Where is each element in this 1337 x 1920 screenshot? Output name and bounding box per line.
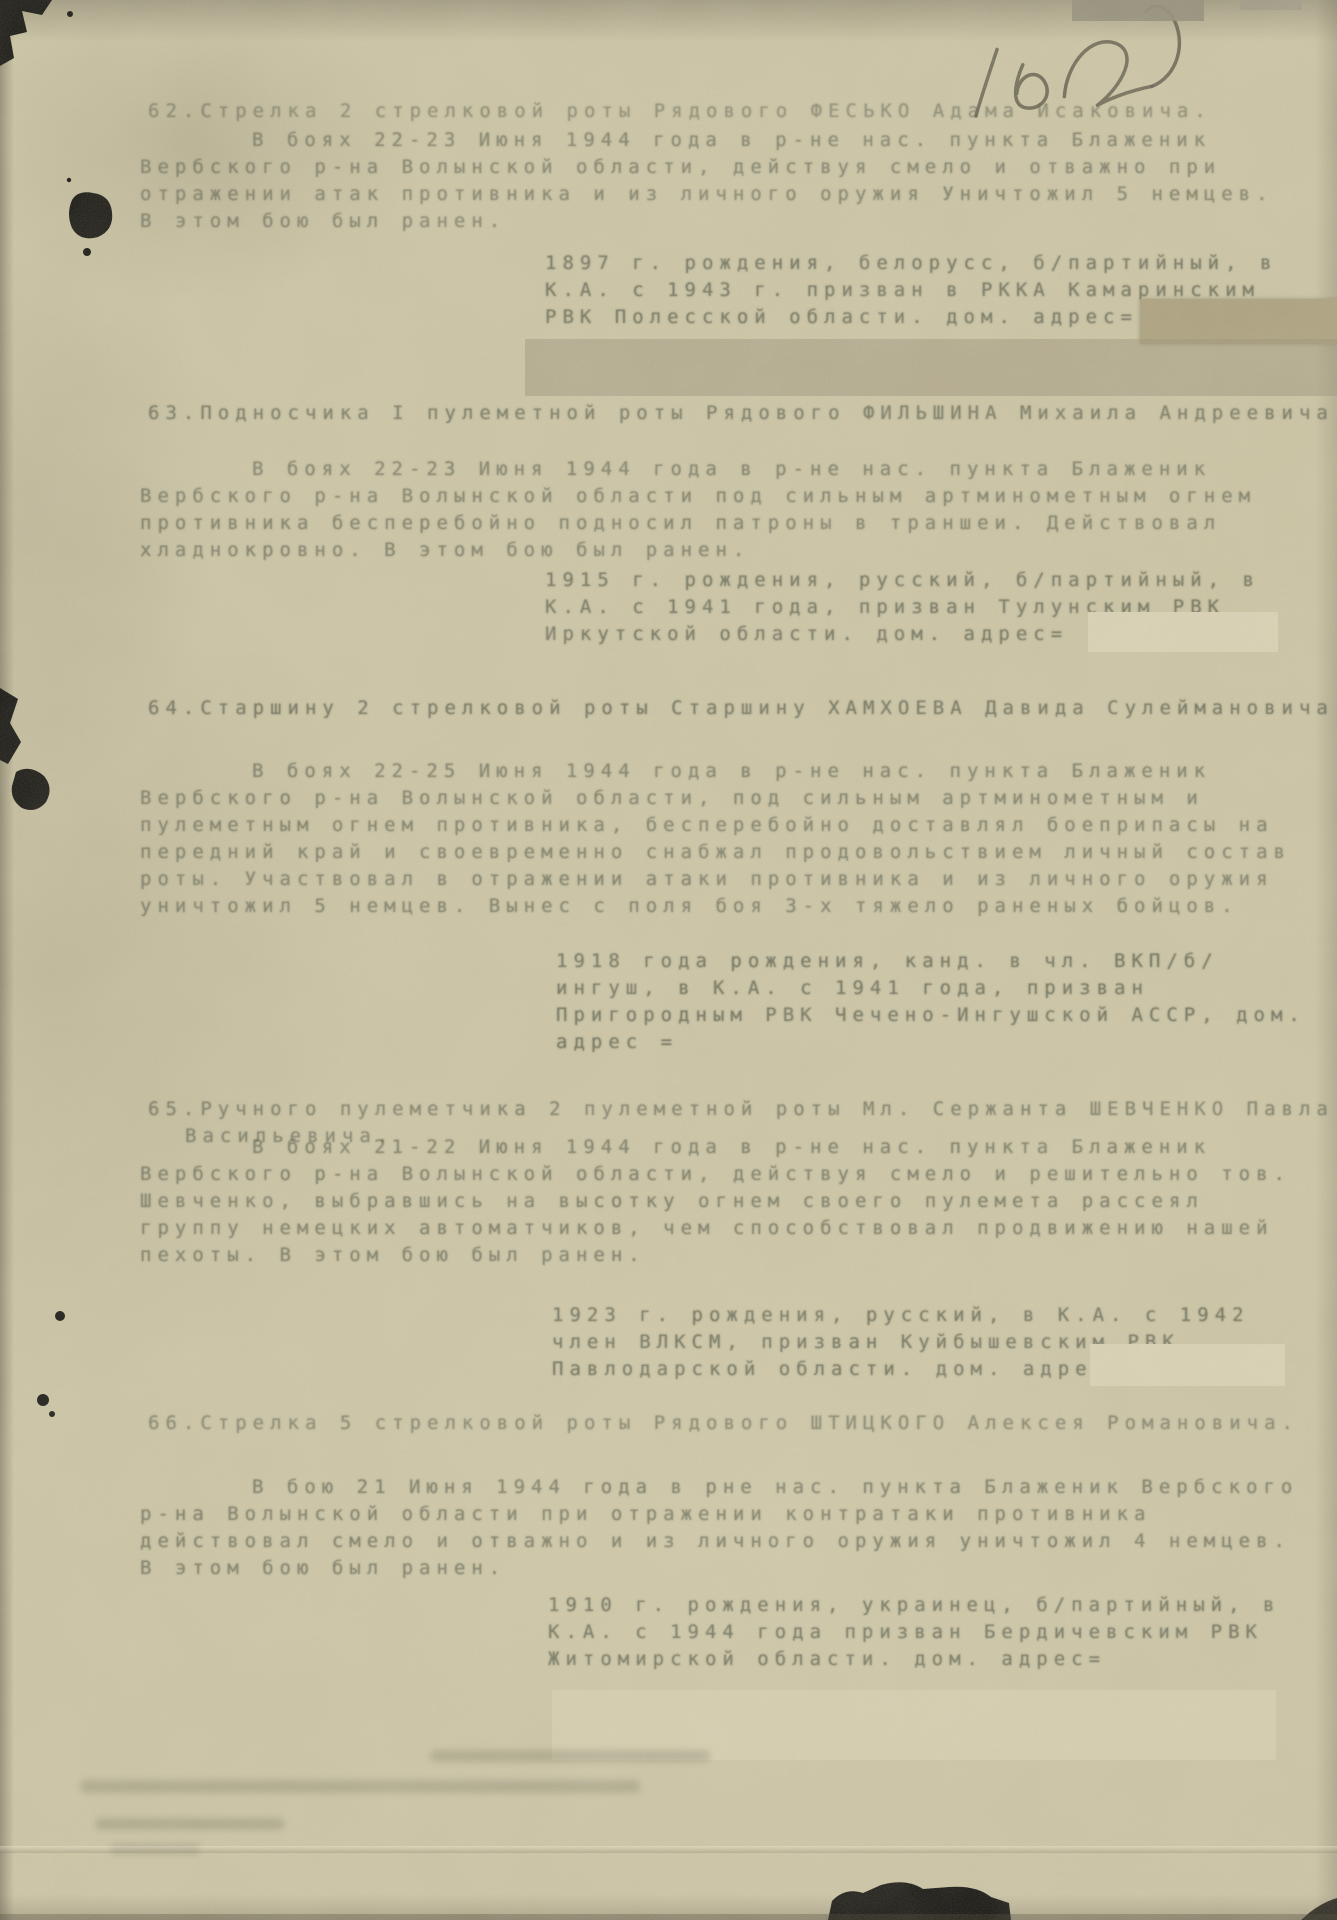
redaction-band-entry62 [525,339,1337,396]
entry-63-heading: 63.Подносчика I пулеметной роты Рядового… [148,400,1337,427]
entry-64-heading: 64.Старшину 2 стрелковой роты Старшину Х… [148,695,1337,722]
entry-63-body: В боях 22-23 Июня 1944 года в р-не нас. … [140,456,1308,564]
ghost-text-smudge [95,1818,285,1830]
entry-64-details: 1918 года рождения, канд. в чл. ВКП/б/ и… [556,948,1332,1056]
redaction-block-entry63-address [1088,612,1278,652]
entry-66-details: 1910 г. рождения, украинец, б/партийный,… [548,1592,1328,1673]
entry-66-body: В бою 21 Июня 1944 года в рне нас. пункт… [140,1474,1308,1582]
redaction-block-entry62-address [1140,299,1337,344]
paper-crease [0,1846,1337,1853]
scanner-shadow-top [1072,0,1204,21]
entry-66-heading: 66.Стрелка 5 стрелковой роты Рядового ШТ… [148,1410,1337,1437]
redaction-block-entry65-address [1090,1344,1285,1386]
entry-62-body: В боях 22-23 Июня 1944 года в р-не нас. … [140,127,1308,235]
ghost-text-smudge [430,1750,710,1762]
ghost-text-smudge [80,1780,640,1793]
entry-65-body: В боях 21-22 Июня 1944 года в р-не нас. … [140,1134,1308,1269]
document-page: 62.Стрелка 2 стрелковой роты Рядового ФЕ… [0,0,1337,1920]
entry-62-heading: 62.Стрелка 2 стрелковой роты Рядового ФЕ… [148,98,1337,125]
entry-64-body: В боях 22-25 Июня 1944 года в р-не нас. … [140,758,1308,920]
